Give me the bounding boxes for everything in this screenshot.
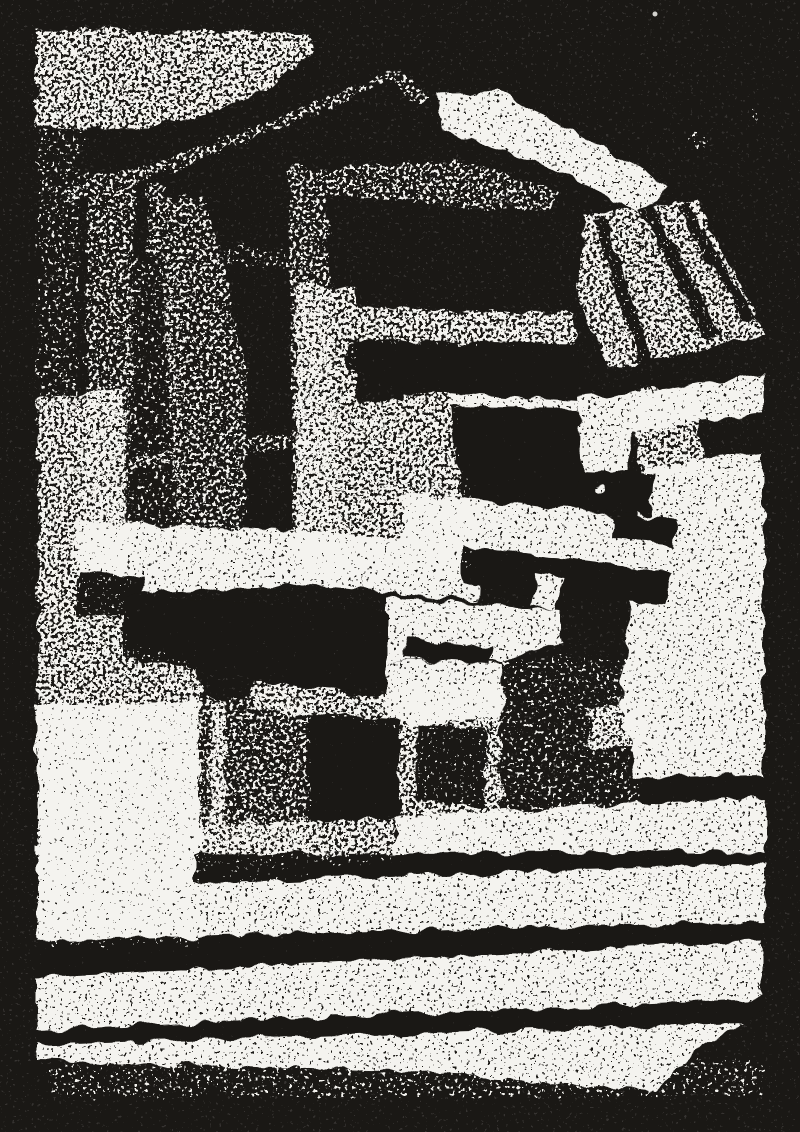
grain-dots-row — [51, 1061, 763, 1097]
stray-speck-3 — [653, 12, 658, 17]
headlight-dot — [596, 485, 607, 496]
stray-speck-2 — [746, 107, 760, 121]
low-patch — [587, 705, 645, 747]
left-edge-grain — [38, 129, 81, 433]
photo-canvas — [0, 0, 800, 1132]
stray-speck-1 — [691, 131, 709, 149]
a-pillar-highlight — [577, 393, 633, 473]
column-shadow-1 — [611, 515, 679, 545]
mid-grain — [125, 259, 181, 561]
dithered-photograph: Grainy, high-contrast black-and-white di… — [0, 0, 800, 1132]
headlight-panel — [575, 471, 655, 515]
undercarriage-shadow — [415, 725, 487, 807]
